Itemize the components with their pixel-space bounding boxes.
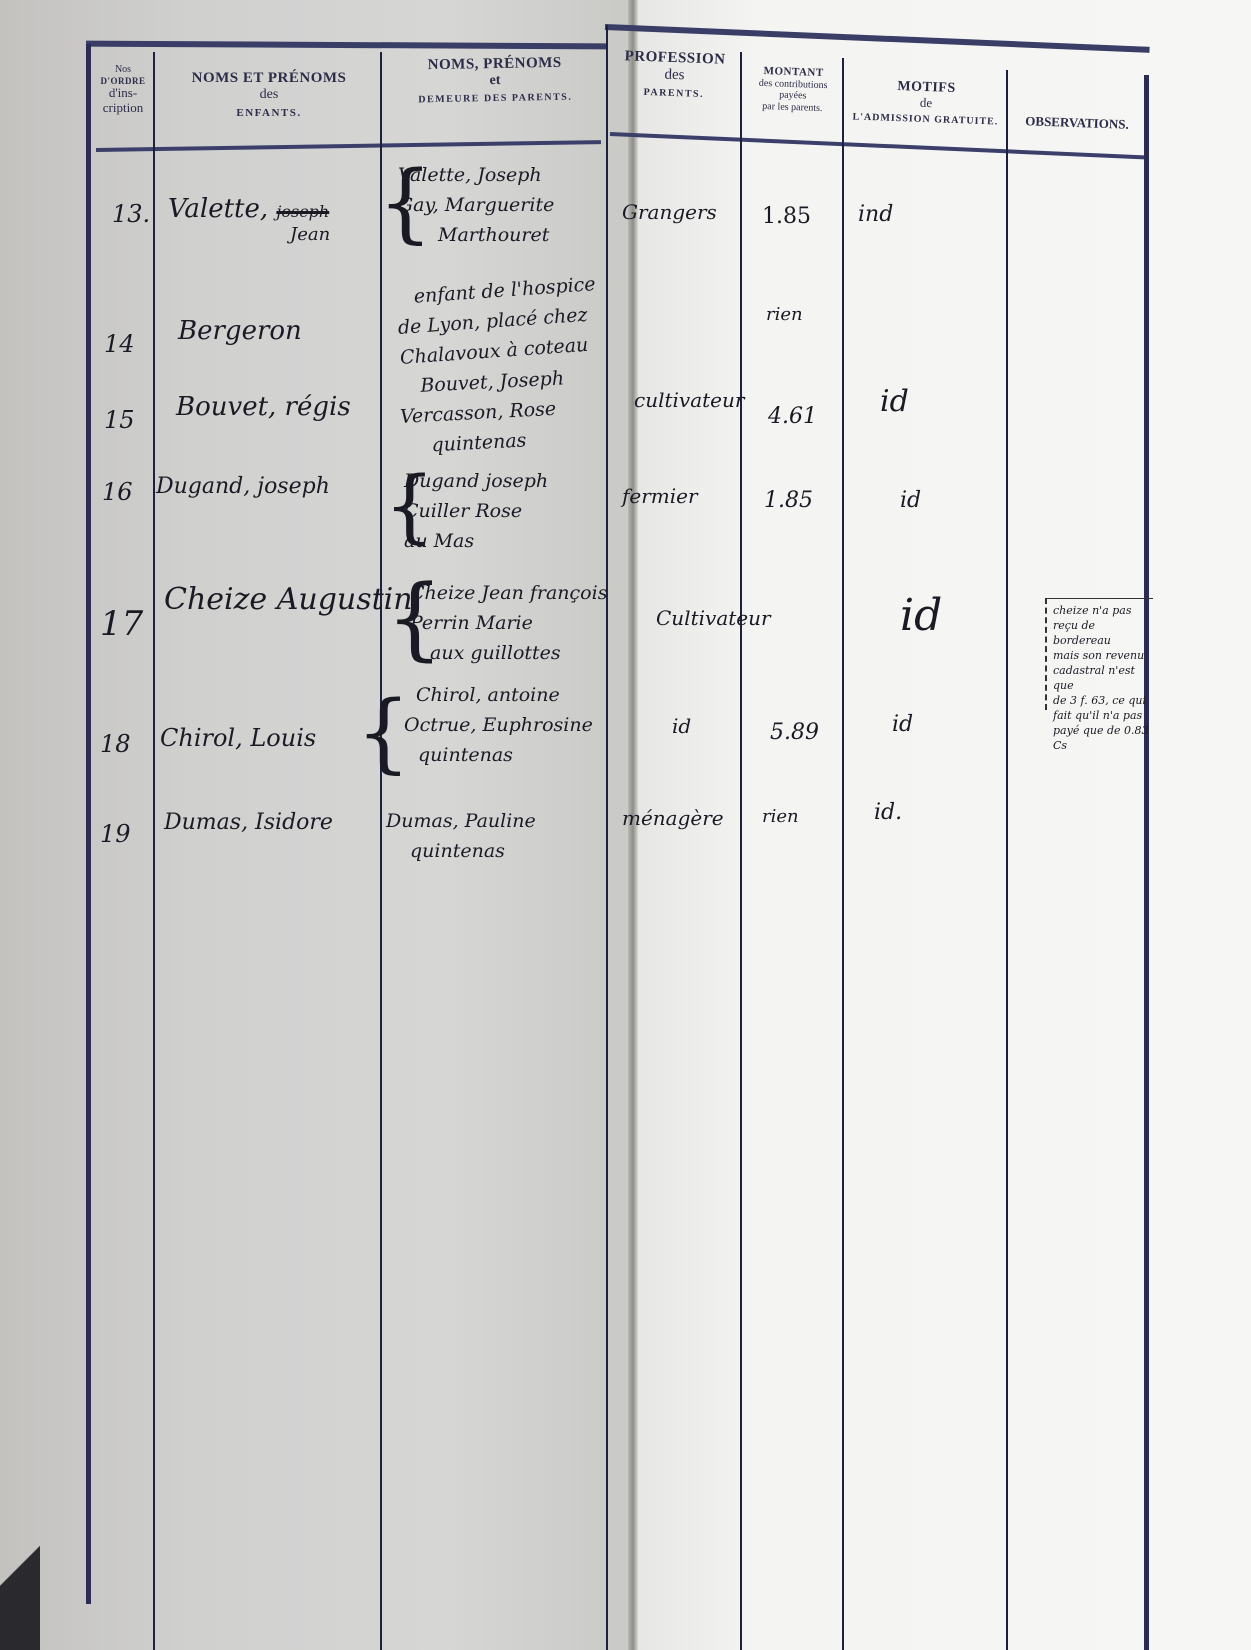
row-number: 15	[104, 406, 135, 434]
row-number: 13.	[112, 200, 150, 228]
motif: id.	[874, 800, 902, 825]
row-number: 18	[100, 730, 131, 758]
observation-note: cheize n'a pas reçu de bordereau mais so…	[1045, 598, 1153, 710]
header-text: d'ins-	[92, 86, 154, 101]
note-line: fait qu'il n'a pas	[1053, 708, 1151, 723]
row-number: 16	[102, 478, 133, 506]
parent-line: aux guillottes	[410, 638, 607, 668]
child-name: Bergeron	[178, 316, 302, 346]
row-number: 17	[100, 604, 143, 644]
child-firstname-correction: Jean	[290, 224, 330, 245]
parent-line: au Mas	[404, 526, 548, 556]
amount: rien	[762, 806, 799, 827]
row-number: 19	[100, 820, 131, 848]
col-line-1	[153, 52, 155, 1650]
col-line-3	[606, 25, 608, 1650]
profession: Cultivateur	[656, 606, 771, 630]
parent-line: quintenas	[386, 836, 536, 866]
note-line: cheize n'a pas	[1053, 603, 1151, 618]
parent-line: Octrue, Euphrosine	[404, 710, 593, 740]
amount: 1.85	[764, 488, 813, 513]
child-name: Valette, joseph	[168, 194, 329, 224]
header-col-amount: MONTANT des contributions payées par les…	[743, 64, 843, 115]
parent-line: Cuiller Rose	[404, 496, 548, 526]
header-col-parent-names: NOMS, PRÉNOMS et DEMEURE DES PARENTS.	[386, 54, 605, 107]
header-text: des	[160, 87, 378, 103]
child-name: Cheize Augustin	[164, 582, 413, 617]
table-right-border	[1144, 75, 1149, 1650]
parent-line: Perrin Marie	[410, 608, 607, 638]
header-text: cription	[92, 101, 154, 116]
col-line-4	[740, 52, 742, 1650]
parents-block: Chirol, antoine Octrue, Euphrosine quint…	[404, 680, 593, 770]
note-line: cadastral n'est que	[1053, 663, 1151, 693]
parents-block: Cheize Jean françois Perrin Marie aux gu…	[410, 578, 607, 668]
child-name: Chirol, Louis	[160, 724, 316, 752]
profession: id	[672, 714, 691, 738]
parents-block: Bouvet, Joseph Vercasson, Rose quintenas	[398, 363, 568, 462]
child-name: Dumas, Isidore	[164, 810, 333, 835]
header-text: ENFANTS.	[160, 107, 378, 120]
header-col-child-names: NOMS ET PRÉNOMS des ENFANTS.	[160, 70, 378, 120]
col-line-2	[380, 52, 382, 1650]
parent-line: quintenas	[404, 740, 593, 770]
amount: rien	[766, 304, 803, 325]
parents-block: enfant de l'hospice de Lyon, placé chez …	[395, 269, 601, 373]
parent-line: Cheize Jean françois	[410, 578, 607, 608]
corner-shadow	[0, 1540, 40, 1650]
profession: Grangers	[622, 200, 717, 224]
motif: id	[900, 488, 921, 513]
header-text: et	[386, 71, 604, 91]
motif: id	[892, 712, 913, 737]
col-line-5	[842, 58, 844, 1650]
parent-line: Dugand joseph	[404, 466, 548, 496]
brace-icon: {	[356, 690, 411, 776]
child-name: Bouvet, régis	[176, 392, 351, 422]
profession: fermier	[622, 484, 698, 508]
note-line: payé que de 0.83 Cs	[1053, 723, 1151, 753]
parents-block: Dugand joseph Cuiller Rose au Mas	[404, 466, 548, 556]
header-text: NOMS ET PRÉNOMS	[160, 70, 378, 87]
right-page	[635, 0, 1251, 1650]
note-line: de 3 f. 63, ce qui	[1053, 693, 1151, 708]
parent-line: Gay, Marguerite	[398, 190, 554, 220]
parents-block: Valette, Joseph Gay, Marguerite Marthour…	[398, 160, 554, 250]
child-surname: Valette,	[168, 194, 268, 224]
parent-line: Chirol, antoine	[404, 680, 593, 710]
header-col-profession: PROFESSION des PARENTS.	[611, 48, 738, 101]
profession: cultivateur	[634, 388, 744, 412]
motif: id	[880, 384, 909, 419]
row-number: 14	[104, 330, 135, 358]
parent-line: Valette, Joseph	[398, 160, 554, 190]
note-line: reçu de bordereau	[1053, 618, 1151, 648]
child-name: Dugand, joseph	[156, 474, 330, 499]
parent-line: Marthouret	[398, 220, 554, 250]
header-col-motifs: MOTIFS de L'ADMISSION GRATUITE.	[847, 77, 1004, 128]
motif: id	[900, 590, 942, 641]
parent-line: Dumas, Pauline	[386, 806, 536, 836]
struck-firstname: joseph	[276, 202, 329, 221]
profession: ménagère	[622, 806, 724, 830]
amount: 1.85	[762, 204, 811, 229]
parents-block: Dumas, Pauline quintenas	[386, 806, 536, 866]
header-col-order-number: Nos D'ORDRE d'ins- cription	[92, 64, 154, 116]
note-line: mais son revenu	[1053, 648, 1151, 663]
header-text: Nos	[92, 64, 154, 76]
motif: ind	[858, 202, 893, 227]
amount: 5.89	[770, 720, 819, 745]
amount: 4.61	[768, 404, 817, 429]
table-left-border	[86, 44, 91, 1604]
col-line-6	[1006, 70, 1008, 1650]
